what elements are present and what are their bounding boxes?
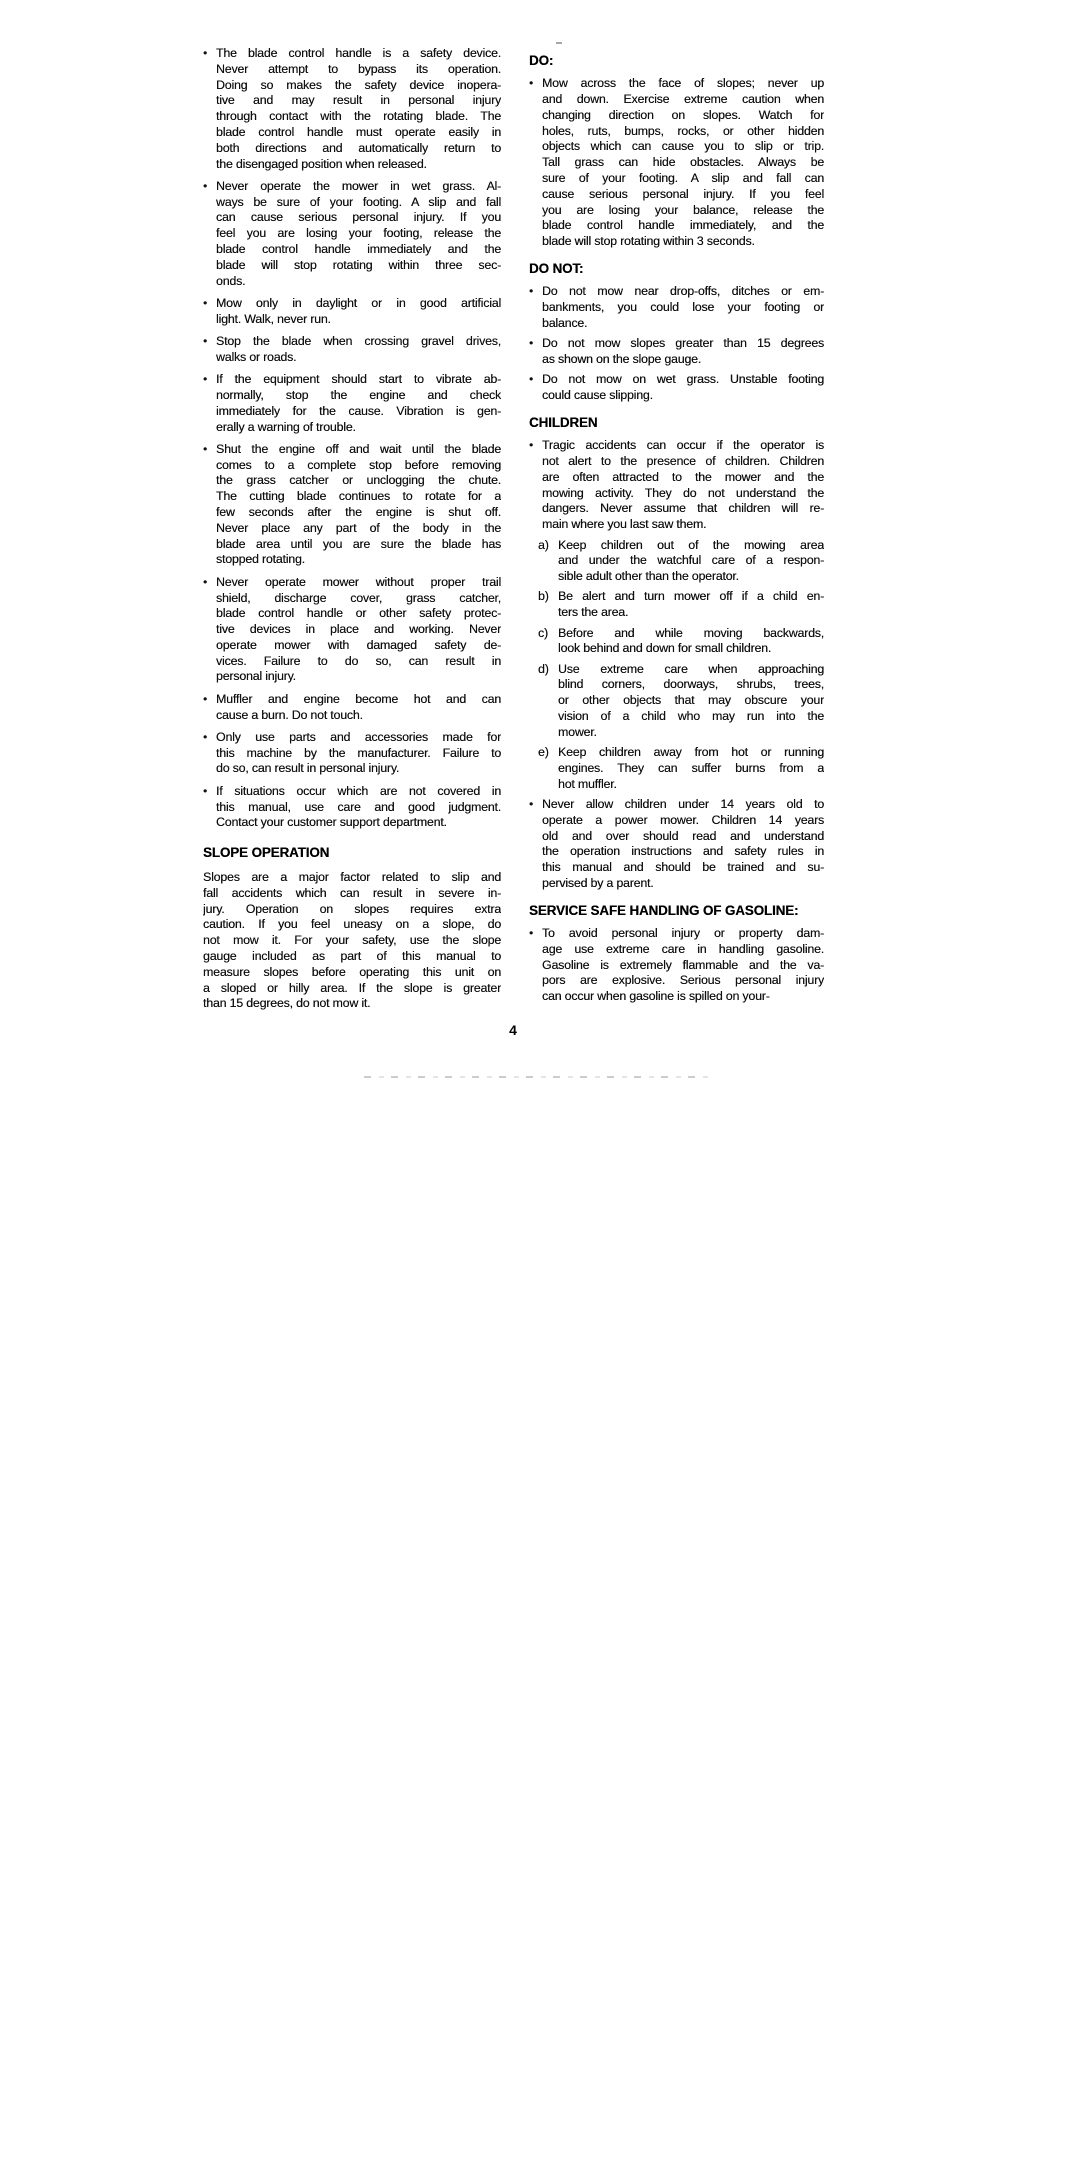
text-lines: If the equipment should start to vibrate… [216,372,501,435]
text-lines: Mow only in daylight or in good artifici… [216,296,501,328]
text-line: old and over should read and understand [542,829,824,845]
text-lines: Never operate mower without proper trail… [216,575,501,686]
lettered-list-item: a)Keep children out of the mowing areaan… [529,538,824,585]
text-line: Do not mow near drop-offs, ditches or em… [542,284,824,300]
bullet-icon: • [203,46,207,62]
text-lines: Do not mow on wet grass. Unstable footin… [542,372,824,404]
text-lines: Muffler and engine become hot and cancau… [216,692,501,724]
text-line: you are losing your balance, release the [542,203,824,219]
text-line: a sloped or hilly area. If the slope is … [203,981,501,997]
text-lines: Never allow children under 14 years old … [542,797,824,892]
text-line: are often attracted to the mower and the [542,470,824,486]
text-line: cause serious personal injury. If you fe… [542,187,824,203]
scan-artifact-dot [556,42,562,44]
text-line: sible adult other than the operator. [558,569,824,585]
text-line: changing direction on slopes. Watch for [542,108,824,124]
text-lines: Be alert and turn mower off if a child e… [558,589,824,621]
bullet-list-item: •If the equipment should start to vibrat… [203,372,501,435]
bullet-list-item: •Do not mow slopes greater than 15 degre… [529,336,824,368]
text-line: blade will stop rotating within 3 second… [542,234,824,250]
text-line: blade control handle or other safety pro… [216,606,501,622]
text-line: operate mower with damaged safety de- [216,638,501,654]
document-page: •The blade control handle is a safety de… [0,0,1080,2163]
text-line: To avoid personal injury or property dam… [542,926,824,942]
text-line: erally a warning of trouble. [216,420,501,436]
bullet-icon: • [529,336,533,352]
text-line: personal injury. [216,669,501,685]
text-line: operate a power mower. Children 14 years [542,813,824,829]
section-heading: DO NOT: [529,261,824,277]
text-line: Tragic accidents can occur if the operat… [542,438,824,454]
text-line: comes to a complete stop before removing [216,458,501,474]
text-lines: Mow across the face of slopes; never upa… [542,76,824,250]
text-lines: Keep children out of the mowing areaand … [558,538,824,585]
text-line: ways be sure of your footing. A slip and… [216,195,501,211]
text-line: blind corners, doorways, shrubs, trees, [558,677,824,693]
text-lines: Never operate the mower in wet grass. Al… [216,179,501,290]
text-line: mower. [558,725,824,741]
bullet-list-item: •Do not mow on wet grass. Unstable footi… [529,372,824,404]
bullet-list-item: •To avoid personal injury or property da… [529,926,824,1005]
text-line: sure of your footing. A slip and fall ca… [542,171,824,187]
bullet-list-item: •Shut the engine off and wait until the … [203,442,501,568]
bullet-list-item: •If situations occur which are not cover… [203,784,501,831]
text-line: Shut the engine off and wait until the b… [216,442,501,458]
text-line: objects which can cause you to slip or t… [542,139,824,155]
text-lines: Keep children away from hot or runningen… [558,745,824,792]
text-line: The blade control handle is a safety dev… [216,46,501,62]
text-line: blade control handle immediately and the [216,242,501,258]
lettered-list-item: e)Keep children away from hot or running… [529,745,824,792]
bullet-list-item: •Mow only in daylight or in good artific… [203,296,501,328]
text-line: Never attempt to bypass its operation. [216,62,501,78]
text-line: Never operate the mower in wet grass. Al… [216,179,501,195]
right-column: DO:•Mow across the face of slopes; never… [529,53,824,1005]
bullet-icon: • [203,692,207,708]
bullet-list-item: •Mow across the face of slopes; never up… [529,76,824,250]
text-line: Doing so makes the safety device inopera… [216,78,501,94]
text-line: balance. [542,316,824,332]
text-line: vision of a child who may run into the [558,709,824,725]
bullet-icon: • [203,334,207,350]
text-line: Contact your customer support department… [216,815,501,831]
text-lines: Tragic accidents can occur if the operat… [542,438,824,533]
text-line: Never allow children under 14 years old … [542,797,824,813]
bullet-icon: • [529,372,533,388]
item-letter-label: a) [538,538,549,554]
text-lines: Do not mow near drop-offs, ditches or em… [542,284,824,331]
text-lines: If situations occur which are not covere… [216,784,501,831]
bullet-icon: • [203,372,207,388]
text-line: The cutting blade continues to rotate fo… [216,489,501,505]
text-line: If situations occur which are not covere… [216,784,501,800]
text-line: tive and may result in personal injury [216,93,501,109]
bullet-icon: • [203,179,207,195]
text-line: cause a burn. Do not touch. [216,708,501,724]
text-line: pors are explosive. Serious personal inj… [542,973,824,989]
text-line: can cause serious personal injury. If yo… [216,210,501,226]
bullet-icon: • [529,926,533,942]
text-line: the disengaged position when released. [216,157,501,173]
text-line: dangers. Never assume that children will… [542,501,824,517]
text-line: Gasoline is extremely flammable and the … [542,958,824,974]
text-line: immediately for the cause. Vibration is … [216,404,501,420]
bullet-list-item: •The blade control handle is a safety de… [203,46,501,172]
text-line: Never place any part of the body in the [216,521,501,537]
text-line: main where you last saw them. [542,517,824,533]
text-line: not alert to the presence of children. C… [542,454,824,470]
text-line: Before and while moving backwards, [558,626,824,642]
item-letter-label: c) [538,626,548,642]
text-line: look behind and down for small children. [558,641,824,657]
text-line: this machine by the manufacturer. Failur… [216,746,501,762]
text-line: few seconds after the engine is shut off… [216,505,501,521]
text-line: both directions and automatically return… [216,141,501,157]
text-line: Tall grass can hide obstacles. Always be [542,155,824,171]
text-line: bankments, you could lose your footing o… [542,300,824,316]
lettered-list-item: b)Be alert and turn mower off if a child… [529,589,824,621]
section-heading: DO: [529,53,824,69]
bullet-icon: • [529,76,533,92]
text-line: normally, stop the engine and check [216,388,501,404]
text-line: not mow it. For your safety, use the slo… [203,933,501,949]
text-line: or other objects that may obscure your [558,693,824,709]
text-line: onds. [216,274,501,290]
text-line: If the equipment should start to vibrate… [216,372,501,388]
bullet-list-item: •Never allow children under 14 years old… [529,797,824,892]
text-line: and down. Exercise extreme caution when [542,92,824,108]
text-line: Never operate mower without proper trail [216,575,501,591]
page-number: 4 [504,1022,522,1038]
text-line: could cause slipping. [542,388,824,404]
text-line: this manual, use care and good judgment. [216,800,501,816]
text-lines: Slopes are a major factor related to sli… [203,870,501,1012]
bullet-icon: • [203,730,207,746]
text-lines: Shut the engine off and wait until the b… [216,442,501,568]
text-line: blade area until you are sure the blade … [216,537,501,553]
text-line: pervised by a parent. [542,876,824,892]
text-line: Keep children out of the mowing area [558,538,824,554]
text-line: blade control handle must operate easily… [216,125,501,141]
item-letter-label: b) [538,589,549,605]
text-line: hot muffler. [558,777,824,793]
text-lines: Stop the blade when crossing gravel driv… [216,334,501,366]
bullet-list-item: •Do not mow near drop-offs, ditches or e… [529,284,824,331]
bullet-icon: • [203,296,207,312]
text-lines: Only use parts and accessories made fort… [216,730,501,777]
text-line: ters the area. [558,605,824,621]
text-line: blade will stop rotating within three se… [216,258,501,274]
bullet-icon: • [203,442,207,458]
paragraph: Slopes are a major factor related to sli… [203,870,501,1012]
section-heading: SERVICE SAFE HANDLING OF GASOLINE: [529,903,824,919]
text-line: Do not mow slopes greater than 15 degree… [542,336,824,352]
text-line: than 15 degrees, do not mow it. [203,996,501,1012]
text-line: Muffler and engine become hot and can [216,692,501,708]
text-line: Be alert and turn mower off if a child e… [558,589,824,605]
text-line: Slopes are a major factor related to sli… [203,870,501,886]
scan-artifact-line [364,1076,714,1078]
text-line: walks or roads. [216,350,501,366]
text-line: measure slopes before operating this uni… [203,965,501,981]
text-line: Use extreme care when approaching [558,662,824,678]
item-letter-label: d) [538,662,549,678]
text-line: can occur when gasoline is spilled on yo… [542,989,824,1005]
lettered-list-item: c)Before and while moving backwards,look… [529,626,824,658]
text-line: gauge included as part of this manual to [203,949,501,965]
text-line: through contact with the rotating blade.… [216,109,501,125]
text-lines: Before and while moving backwards,look b… [558,626,824,658]
section-heading: CHILDREN [529,415,824,431]
bullet-list-item: •Never operate the mower in wet grass. A… [203,179,501,290]
bullet-icon: • [529,438,533,454]
text-line: holes, ruts, bumps, rocks, or other hidd… [542,124,824,140]
text-line: tive devices in place and working. Never [216,622,501,638]
bullet-icon: • [203,575,207,591]
text-line: and under the watchful care of a respon- [558,553,824,569]
text-line: this manual and should be trained and su… [542,860,824,876]
text-line: blade control handle immediately, and th… [542,218,824,234]
text-line: stopped rotating. [216,552,501,568]
text-line: Keep children away from hot or running [558,745,824,761]
text-lines: To avoid personal injury or property dam… [542,926,824,1005]
bullet-list-item: •Muffler and engine become hot and canca… [203,692,501,724]
bullet-list-item: •Never operate mower without proper trai… [203,575,501,686]
bullet-icon: • [203,784,207,800]
text-line: age use extreme care in handling gasolin… [542,942,824,958]
bullet-list-item: •Stop the blade when crossing gravel dri… [203,334,501,366]
text-line: as shown on the slope gauge. [542,352,824,368]
text-line: Only use parts and accessories made for [216,730,501,746]
section-heading: SLOPE OPERATION [203,845,501,861]
text-line: Mow only in daylight or in good artifici… [216,296,501,312]
text-lines: Do not mow slopes greater than 15 degree… [542,336,824,368]
text-line: the grass catcher or unclogging the chut… [216,473,501,489]
text-line: caution. If you feel uneasy on a slope, … [203,917,501,933]
text-line: mowing activity. They do not understand … [542,486,824,502]
text-line: Mow across the face of slopes; never up [542,76,824,92]
lettered-list-item: d)Use extreme care when approachingblind… [529,662,824,741]
text-lines: The blade control handle is a safety dev… [216,46,501,172]
bullet-list-item: •Tragic accidents can occur if the opera… [529,438,824,533]
left-column: •The blade control handle is a safety de… [203,46,501,1012]
text-line: engines. They can suffer burns from a [558,761,824,777]
bullet-icon: • [529,284,533,300]
text-line: Stop the blade when crossing gravel driv… [216,334,501,350]
text-line: feel you are losing your footing, releas… [216,226,501,242]
text-line: light. Walk, never run. [216,312,501,328]
bullet-list-item: •Only use parts and accessories made for… [203,730,501,777]
text-line: vices. Failure to do so, can result in [216,654,501,670]
text-line: jury. Operation on slopes requires extra [203,902,501,918]
text-line: do so, can result in personal injury. [216,761,501,777]
bullet-icon: • [529,797,533,813]
text-line: the operation instructions and safety ru… [542,844,824,860]
text-line: shield, discharge cover, grass catcher, [216,591,501,607]
text-line: fall accidents which can result in sever… [203,886,501,902]
text-lines: Use extreme care when approachingblind c… [558,662,824,741]
text-line: Do not mow on wet grass. Unstable footin… [542,372,824,388]
item-letter-label: e) [538,745,549,761]
